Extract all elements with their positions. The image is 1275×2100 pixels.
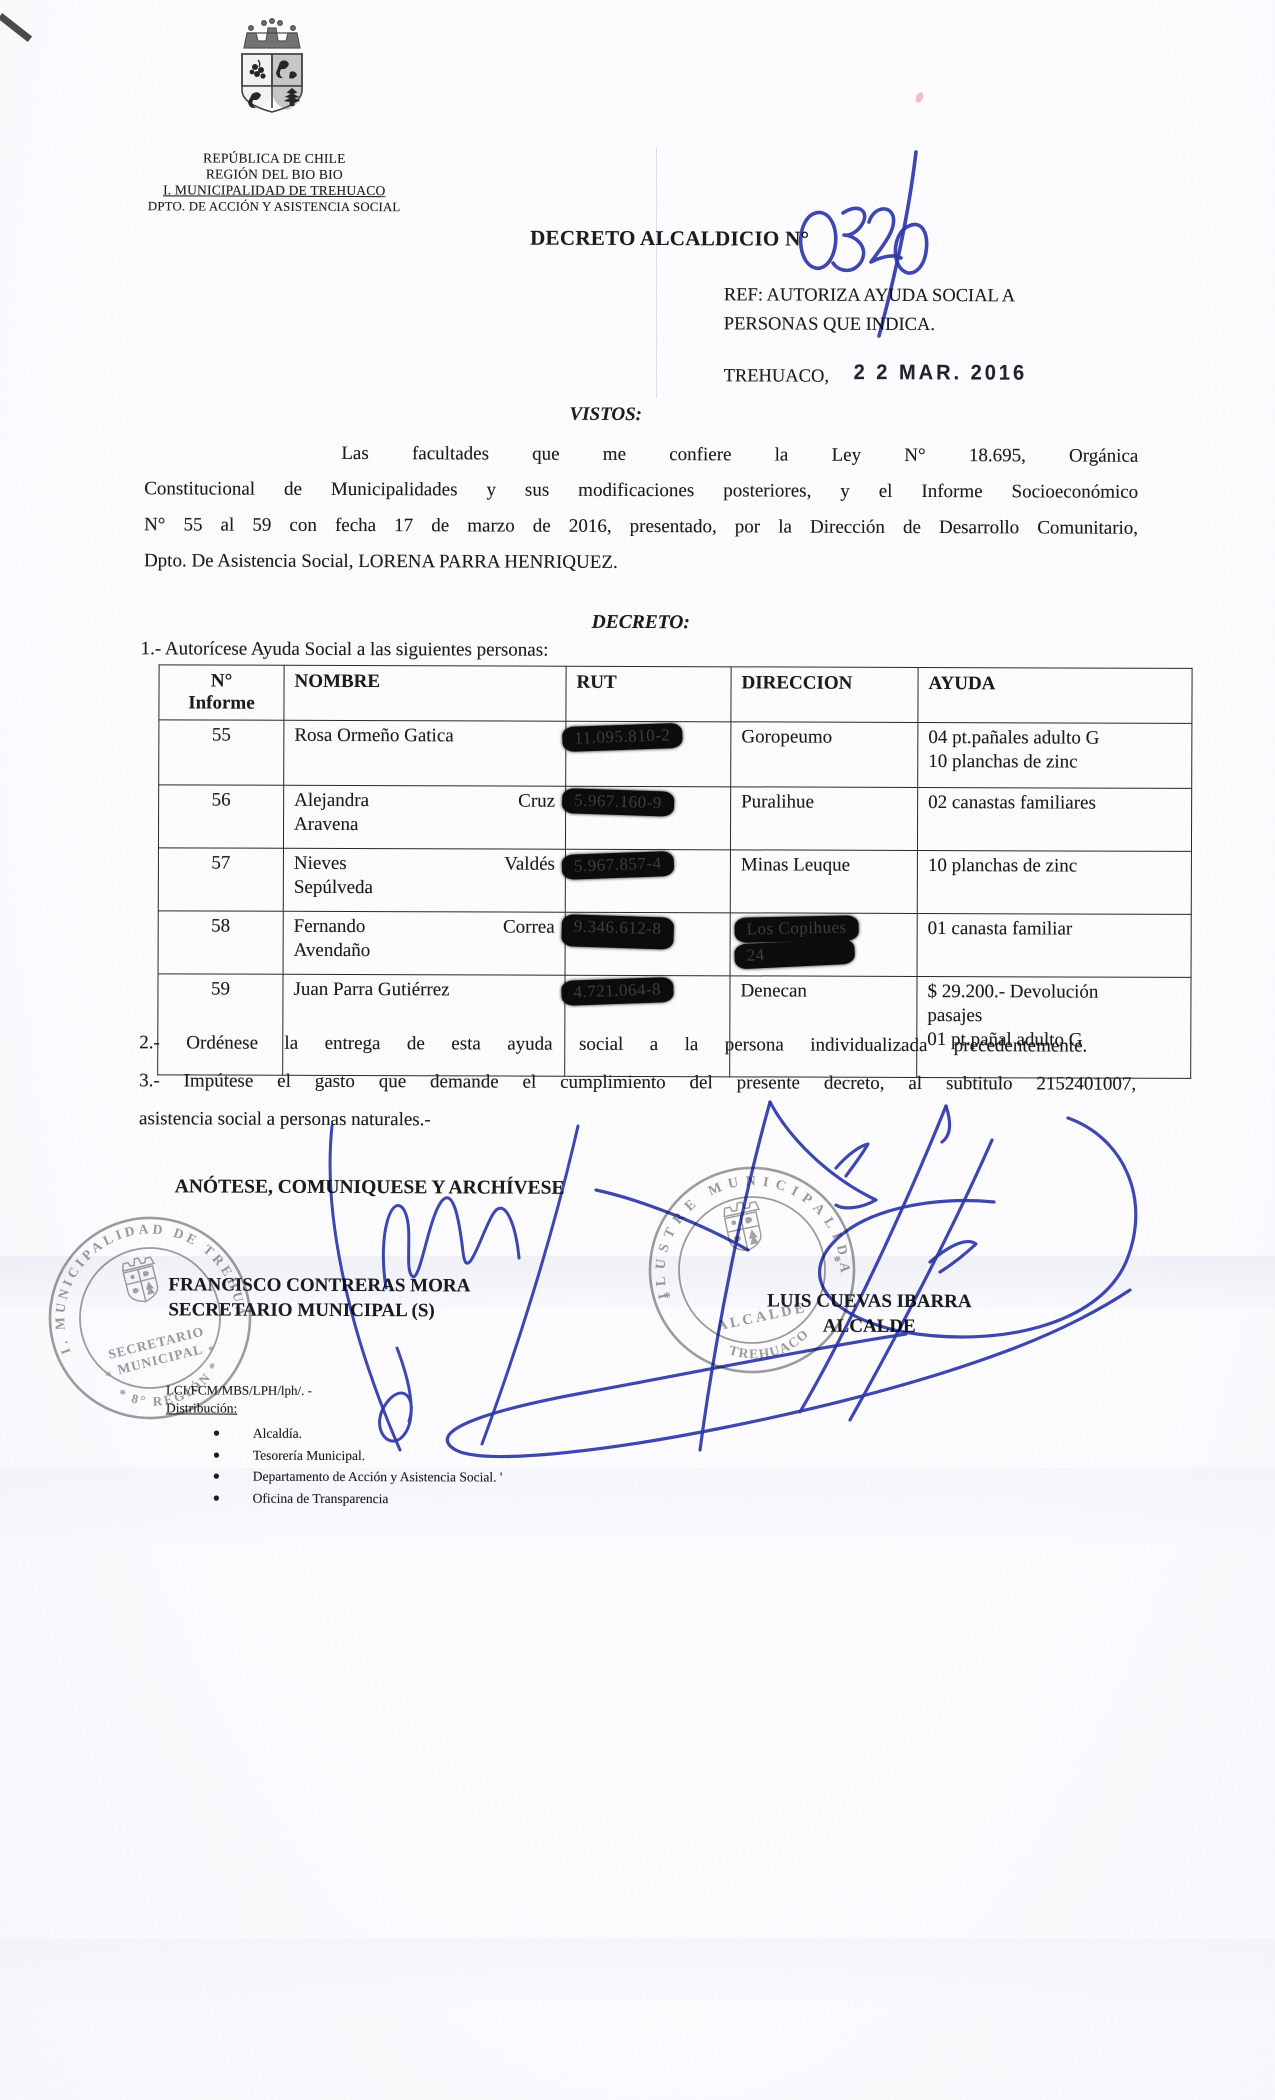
cell-nombre: Rosa Ormeño Gatica <box>284 720 566 786</box>
table-row: 56 AlejandraCruz Aravena 5.967.160-9 Pur… <box>158 785 1191 852</box>
cell-nombre: FernandoCorrea Avendaño <box>283 911 565 975</box>
cell-direccion: Goropeumo <box>731 722 918 788</box>
cell-informe: 59 <box>158 974 283 1075</box>
responsibility-initials: LCI/FCM/MBS/LPH/lph/. - <box>166 1382 312 1399</box>
redaction-mark: 11.095.810-2 <box>562 723 683 752</box>
cell-informe: 57 <box>158 848 283 911</box>
letterhead-municipality: I. MUNICIPALIDAD DE TREHUACO <box>58 182 490 200</box>
table-row: 59 Juan Parra Gutiérrez 4.721.064-8 Dene… <box>158 974 1191 1079</box>
ref-line-2: PERSONAS QUE INDICA. <box>724 310 1015 340</box>
vistos-line: Constitucional de Municipalidades y sus … <box>144 474 1138 513</box>
cell-ayuda: $ 29.200.- Devolución pasajes 01 pt.paña… <box>917 976 1191 1078</box>
cell-ayuda: 10 planchas de zinc <box>917 850 1191 914</box>
redaction-mark: 9.346.612-8 <box>561 914 674 949</box>
cell-ayuda: 04 pt.pañales adulto G 10 planchas de zi… <box>918 722 1192 788</box>
vistos-paragraph: Las facultades que me confiere la Ley N°… <box>144 438 1138 585</box>
cell-informe: 58 <box>158 911 283 974</box>
cell-rut: 9.346.612-8 <box>565 912 730 976</box>
cell-rut: 5.967.160-9 <box>565 786 730 850</box>
bullet-icon: ● <box>213 1423 253 1445</box>
cell-informe: 56 <box>158 785 283 848</box>
decreto-item-3-line-2: asistencia social a personas naturales.- <box>139 1108 431 1131</box>
cell-nombre: NievesValdés Sepúlveda <box>283 848 565 912</box>
list-item: ●Departamento de Acción y Asistencia Soc… <box>213 1466 503 1489</box>
list-item: ●Oficina de Transparencia <box>213 1487 503 1510</box>
letterhead-region: REGIÓN DEL BIO BIO <box>58 166 490 184</box>
header-rut: RUT <box>566 666 731 722</box>
date-stamp: 2 2 MAR. 2016 <box>854 361 1028 386</box>
letterhead: REPÚBLICA DE CHILE REGIÓN DEL BIO BIO I.… <box>58 150 490 216</box>
table-header-row: N° Informe NOMBRE RUT DIRECCION AYUDA <box>159 665 1192 724</box>
vistos-line: Las facultades que me confiere la Ley N°… <box>144 438 1138 477</box>
table-row: 55 Rosa Ormeño Gatica 11.095.810-2 Gorop… <box>159 720 1192 789</box>
cell-direccion: Minas Leuque <box>730 850 917 914</box>
redaction-mark: 5.967.160-9 <box>562 788 674 816</box>
distribution-label: Distribución: <box>166 1400 237 1416</box>
list-item: ●Alcaldía. <box>213 1423 503 1446</box>
redaction-mark: 24 <box>734 939 855 970</box>
cell-direccion: Los Copihues 24 <box>730 913 917 977</box>
table-row: 57 NievesValdés Sepúlveda 5.967.857-4 Mi… <box>158 848 1191 915</box>
cell-ayuda: 02 canastas familiares <box>917 787 1191 851</box>
cell-rut: 11.095.810-2 <box>566 721 731 787</box>
letterhead-department: DPTO. DE ACCIÓN Y ASISTENCIA SOCIAL <box>58 198 490 216</box>
secretary-title: SECRETARIO MUNICIPAL (S) <box>168 1297 470 1323</box>
redaction-mark: 4.721.064-8 <box>561 977 673 1006</box>
list-item: ●Tesorería Municipal. <box>213 1444 503 1467</box>
table-row: 58 FernandoCorrea Avendaño 9.346.612-8 L… <box>158 911 1191 978</box>
header-nombre: NOMBRE <box>284 665 566 721</box>
cell-ayuda: 01 canasta familiar <box>917 913 1191 977</box>
mayor-title: ALCALDE <box>714 1313 1024 1339</box>
cell-direccion: Puralihue <box>730 787 917 851</box>
cell-rut: 4.721.064-8 <box>565 975 730 1077</box>
mayor-signature-block: LUIS CUEVAS IBARRA ALCALDE <box>714 1288 1024 1339</box>
cell-rut: 5.967.857-4 <box>565 849 730 913</box>
redaction-mark: 5.967.857-4 <box>562 851 674 880</box>
decree-reference: REF: AUTORIZA AYUDA SOCIAL A PERSONAS QU… <box>724 281 1015 340</box>
cell-informe: 55 <box>159 720 284 785</box>
distribution-list: ●Alcaldía. ●Tesorería Municipal. ●Depart… <box>213 1423 503 1510</box>
header-direccion: DIRECCION <box>731 667 918 723</box>
scanned-decree-page: REPÚBLICA DE CHILE REGIÓN DEL BIO BIO I.… <box>0 0 1275 2100</box>
cell-direccion: Denecan <box>730 976 917 1078</box>
closing-order-line: ANÓTESE, COMUNIQUESE Y ARCHÍVESE <box>175 1176 565 1199</box>
letterhead-country: REPÚBLICA DE CHILE <box>58 150 490 168</box>
mayor-name: LUIS CUEVAS IBARRA <box>714 1288 1024 1314</box>
document-content: REPÚBLICA DE CHILE REGIÓN DEL BIO BIO I.… <box>0 0 1275 2100</box>
secretary-name: FRANCISCO CONTRERAS MORA <box>168 1272 470 1298</box>
decreto-label: DECRETO: <box>541 612 741 635</box>
vistos-label: VISTOS: <box>569 404 642 426</box>
cell-nombre: Juan Parra Gutiérrez <box>283 974 565 1076</box>
ref-line-1: REF: AUTORIZA AYUDA SOCIAL A <box>724 281 1015 311</box>
aid-table: N° Informe NOMBRE RUT DIRECCION AYUDA 55… <box>157 664 1192 1079</box>
secretary-signature-block: FRANCISCO CONTRERAS MORA SECRETARIO MUNI… <box>168 1272 470 1323</box>
bullet-icon: ● <box>213 1487 253 1509</box>
bullet-icon: ● <box>213 1466 253 1488</box>
decreto-item-1: 1.- Autorícese Ayuda Social a las siguie… <box>141 638 549 661</box>
header-ayuda: AYUDA <box>918 667 1192 723</box>
cell-nombre: AlejandraCruz Aravena <box>283 785 565 849</box>
header-informe: N° Informe <box>159 665 284 720</box>
bullet-icon: ● <box>213 1444 253 1466</box>
vistos-line: Dpto. De Asistencia Social, LORENA PARRA… <box>144 546 1138 585</box>
decree-place: TREHUACO, <box>724 366 829 387</box>
decree-title: DECRETO ALCALDICIO N° <box>530 226 809 252</box>
vistos-line: N° 55 al 59 con fecha 17 de marzo de 201… <box>144 510 1138 549</box>
